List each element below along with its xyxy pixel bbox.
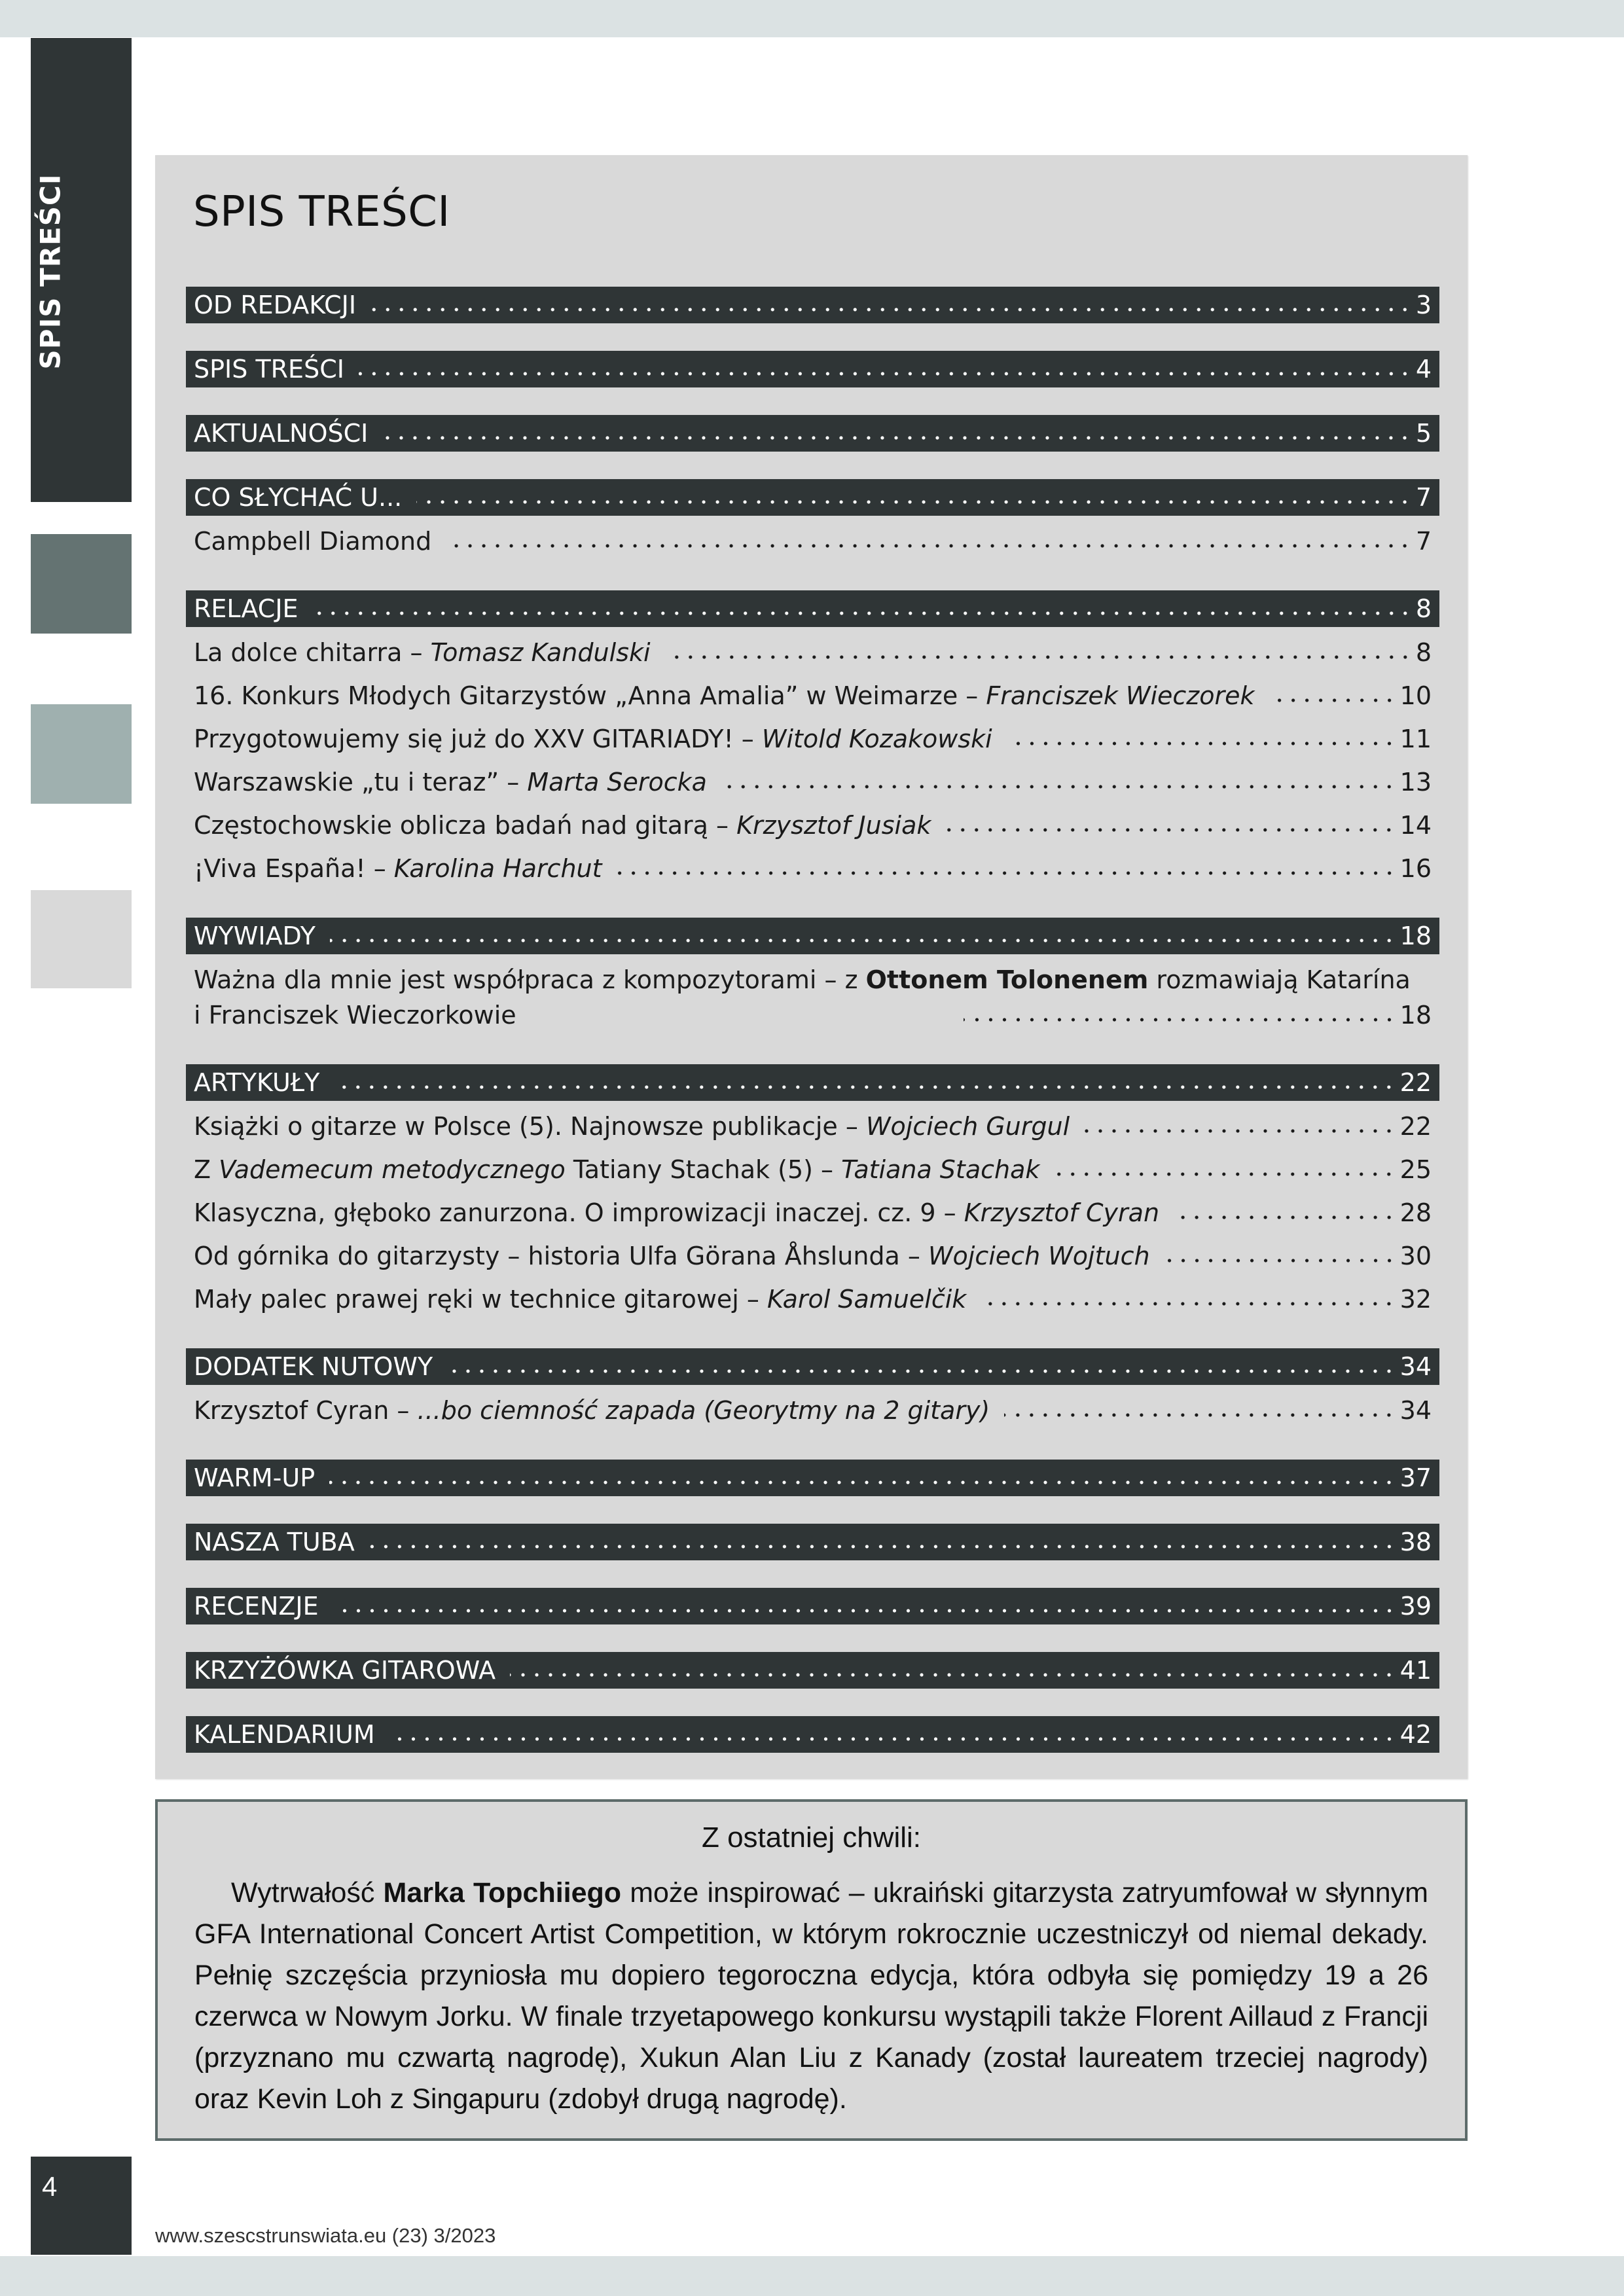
dot-leader [359,370,1412,377]
dot-leader [964,1016,1396,1023]
toc-page-number: 8 [1416,638,1432,667]
toc-section-title: KALENDARIUM [194,1720,375,1749]
toc-page-number: 18 [1400,997,1432,1033]
toc-section-title: AKTUALNOŚCI [194,419,368,448]
toc-page-number: 25 [1400,1155,1432,1184]
toc-page-number: 8 [1416,594,1432,623]
toc-section-title: CO SŁYCHAĆ U... [194,483,402,512]
top-margin-bar [0,0,1624,37]
toc-page-number: 39 [1400,1592,1432,1621]
toc-section-header[interactable]: DODATEK NUTOWY34 [186,1348,1439,1385]
toc-entry[interactable]: Przygotowujemy się już do XXV GITARIADY!… [186,717,1439,761]
text-segment: RECENZJE [194,1592,319,1621]
toc-page-number: 41 [1400,1656,1432,1685]
sidebar-color-block-sage [31,704,132,804]
toc-page-number: 16 [1400,854,1432,883]
dot-leader [446,543,1412,549]
toc-entry[interactable]: La dolce chitarra – Tomasz Kandulski8 [186,631,1439,674]
dot-leader [665,654,1412,660]
toc-section-header[interactable]: RELACJE8 [186,590,1439,627]
toc-entry-title: Częstochowskie oblicza badań nad gitarą … [194,811,931,840]
toc-page-number: 14 [1400,811,1432,840]
toc-section-header[interactable]: KRZYŻÓWKA GITAROWA41 [186,1652,1439,1689]
text-segment: Klasyczna, głęboko zanurzona. O improwiz… [194,1198,964,1227]
toc-entry[interactable]: Ważna dla mnie jest współpraca z kompozy… [186,958,1439,1037]
dot-leader [617,870,1396,876]
toc-page-number: 13 [1400,768,1432,797]
toc-entry[interactable]: 16. Konkurs Młodych Gitarzystów „Anna Am… [186,674,1439,717]
text-segment: Tomasz Kandulski [431,638,651,667]
sidebar-color-block-slate [31,534,132,634]
text-segment: ARTYKUŁY [194,1068,319,1097]
toc-entry-title: Z Vademecum metodycznego Tatiany Stachak… [194,1155,1039,1184]
toc-page-number: 22 [1400,1112,1432,1141]
toc-entry[interactable]: Krzysztof Cyran – ...bo ciemność zapada … [186,1389,1439,1432]
dot-leader [389,1736,1396,1742]
sidebar-color-block-light [31,890,132,988]
text-segment: może inspirować – ukraiński gitarzysta z… [194,1877,1428,2115]
toc-page-number: 37 [1400,1463,1432,1492]
toc-entry-title: La dolce chitarra – Tomasz Kandulski [194,638,651,667]
dot-leader [329,1479,1396,1486]
toc-section-header[interactable]: SPIS TREŚCI4 [186,351,1439,387]
toc-section-title: DODATEK NUTOWY [194,1352,433,1381]
text-segment: Wojciech Gurgul [866,1112,1070,1141]
toc-section-title: KRZYŻÓWKA GITAROWA [194,1656,496,1685]
dot-leader [382,435,1411,441]
text-segment: CO SŁYCHAĆ U... [194,483,402,512]
text-segment: Wojciech Wojtuch [928,1242,1150,1270]
toc-section-title: RELACJE [194,594,298,623]
text-segment: ...bo ciemność zapada (Georytmy na 2 git… [418,1396,990,1425]
sidebar-section-label: SPIS TREŚCI [35,174,67,370]
text-segment: KRZYŻÓWKA GITAROWA [194,1656,496,1685]
toc-page-number: 18 [1400,922,1432,950]
dot-leader [1004,1412,1396,1418]
text-segment: Tatiana Stachak [841,1155,1039,1184]
toc-section-header[interactable]: OD REDAKCJI3 [186,287,1439,323]
text-segment: OD REDAKCJI [194,291,356,319]
toc-page-number: 4 [1416,355,1432,384]
toc-page-number: 7 [1416,483,1432,512]
page-number-block: 4 [31,2157,132,2255]
toc-page-number: 3 [1416,291,1432,319]
toc-entry-wrap: Ważna dla mnie jest współpraca z kompozy… [194,962,1432,1033]
dot-leader [447,1368,1396,1374]
toc-entry-title: Warszawskie „tu i teraz” – Marta Serocka [194,768,707,797]
text-segment: Tatiany Stachak (5) – [566,1155,841,1184]
dot-leader [330,937,1396,944]
toc-page-number: 10 [1400,681,1432,710]
toc-entry[interactable]: Campbell Diamond7 [186,520,1439,563]
toc-entry-title: Od górnika do gitarzysty – historia Ulfa… [194,1242,1150,1270]
dot-leader [369,1543,1396,1550]
text-segment: Krzysztof Cyran – [194,1396,418,1425]
text-segment: SPIS TREŚCI [194,355,344,384]
dot-leader [1007,740,1396,747]
text-segment: La dolce chitarra – [194,638,431,667]
text-segment: Vademecum metodycznego [219,1155,566,1184]
text-segment: KALENDARIUM [194,1720,375,1749]
toc-list: OD REDAKCJI3SPIS TREŚCI4AKTUALNOŚCI5CO S… [186,287,1439,1753]
text-segment: Krzysztof Jusiak [736,811,931,840]
text-segment: Campbell Diamond [194,527,431,556]
toc-entry-title: Przygotowujemy się już do XXV GITARIADY!… [194,725,992,753]
toc-entry[interactable]: Od górnika do gitarzysty – historia Ulfa… [186,1234,1439,1278]
toc-section-header[interactable]: WARM-UP37 [186,1460,1439,1496]
text-segment: WARM-UP [194,1463,315,1492]
toc-page-number: 22 [1400,1068,1432,1097]
dot-leader [1174,1214,1396,1221]
dot-leader [1164,1257,1396,1264]
breaking-news-box: Z ostatniej chwili: Wytrwałość Marka Top… [155,1799,1468,2141]
toc-page-number: 34 [1400,1352,1432,1381]
footer-issue-url[interactable]: www.szescstrunswiata.eu (23) 3/2023 [155,2224,496,2248]
dot-leader [1269,697,1396,704]
text-segment: Od górnika do gitarzysty – historia Ulfa… [194,1242,928,1270]
text-segment: Karol Samuelčik [767,1285,966,1314]
toc-section-title: WARM-UP [194,1463,315,1492]
toc-section-header[interactable]: NASZA TUBA38 [186,1524,1439,1560]
toc-entry[interactable]: Książki o gitarze w Polsce (5). Najnowsz… [186,1105,1439,1148]
text-segment: Z [194,1155,219,1184]
toc-page-number: 5 [1416,419,1432,448]
text-segment: ¡Viva España! – [194,854,394,883]
text-segment: Wytrwałość [231,1877,384,1909]
toc-entry-title: Krzysztof Cyran – ...bo ciemność zapada … [194,1396,990,1425]
dot-leader [334,1084,1396,1090]
text-segment: Franciszek Wieczorek [986,681,1254,710]
text-segment: AKTUALNOŚCI [194,419,368,448]
toc-entry[interactable]: Klasyczna, głęboko zanurzona. O improwiz… [186,1191,1439,1234]
toc-entry[interactable]: Warszawskie „tu i teraz” – Marta Serocka… [186,761,1439,804]
toc-page-number: 38 [1400,1528,1432,1556]
dot-leader [416,499,1412,505]
toc-entry-title: Campbell Diamond [194,527,431,556]
text-segment: Krzysztof Cyran [964,1198,1159,1227]
dot-leader [1054,1171,1396,1177]
toc-section-title: RECENZJE [194,1592,319,1621]
toc-entry[interactable]: Częstochowskie oblicza badań nad gitarą … [186,804,1439,847]
bottom-margin-bar [0,2256,1624,2296]
toc-page-number: 30 [1400,1242,1432,1270]
text-segment: 16. Konkurs Młodych Gitarzystów „Anna Am… [194,681,986,710]
toc-entry-title: Klasyczna, głęboko zanurzona. O improwiz… [194,1198,1159,1227]
text-segment: Mały palec prawej ręki w technice gitaro… [194,1285,767,1314]
toc-entry-title: Mały palec prawej ręki w technice gitaro… [194,1285,966,1314]
dot-leader [370,306,1412,313]
toc-page-number: 11 [1400,725,1432,753]
toc-entry[interactable]: ¡Viva España! – Karolina Harchut16 [186,847,1439,890]
breaking-news-title: Z ostatniej chwili: [158,1821,1465,1854]
dot-leader [313,610,1412,617]
dot-leader [945,827,1396,833]
toc-page-number: 32 [1400,1285,1432,1314]
toc-page-number: 42 [1400,1720,1432,1749]
toc-entry-title-continued: i Franciszek Wieczorkowie [194,997,949,1033]
dot-leader [510,1672,1396,1678]
toc-entry-title: Książki o gitarze w Polsce (5). Najnowsz… [194,1112,1070,1141]
text-segment: Karolina Harchut [394,854,602,883]
toc-page-number: 34 [1400,1396,1432,1425]
table-of-contents-panel: SPIS TREŚCI OD REDAKCJI3SPIS TREŚCI4AKTU… [155,155,1468,1779]
toc-section-title: NASZA TUBA [194,1528,355,1556]
toc-entry-title: ¡Viva España! – Karolina Harchut [194,854,602,883]
toc-section-header[interactable]: WYWIADY18 [186,918,1439,954]
toc-section-title: OD REDAKCJI [194,291,356,319]
toc-section-title: SPIS TREŚCI [194,355,344,384]
toc-section-header[interactable]: KALENDARIUM42 [186,1716,1439,1753]
page-number: 4 [42,2171,57,2202]
text-segment: Książki o gitarze w Polsce (5). Najnowsz… [194,1112,866,1141]
toc-section-header[interactable]: ARTYKUŁY22 [186,1064,1439,1101]
text-segment: rozmawiają Katarína [1148,965,1410,994]
dot-leader [333,1607,1396,1614]
text-segment: RELACJE [194,594,298,623]
toc-section-header[interactable]: RECENZJE39 [186,1588,1439,1624]
text-segment: Częstochowskie oblicza badań nad gitarą … [194,811,736,840]
text-segment: DODATEK NUTOWY [194,1352,433,1381]
text-segment: Witold Kozakowski [762,725,992,753]
toc-section-header[interactable]: CO SŁYCHAĆ U...7 [186,479,1439,516]
text-segment: Przygotowujemy się już do XXV GITARIADY!… [194,725,762,753]
toc-section-header[interactable]: AKTUALNOŚCI5 [186,415,1439,452]
toc-section-title: ARTYKUŁY [194,1068,319,1097]
text-segment: Ważna dla mnie jest współpraca z kompozy… [194,965,866,994]
dot-leader [1084,1128,1396,1134]
toc-entry-line2: i Franciszek Wieczorkowie18 [194,997,1432,1033]
toc-entry-title: Ważna dla mnie jest współpraca z kompozy… [194,962,1432,997]
breaking-news-body: Wytrwałość Marka Topchiiego może inspiro… [194,1873,1428,2120]
text-segment: NASZA TUBA [194,1528,355,1556]
dot-leader [981,1300,1396,1307]
page-title: SPIS TREŚCI [193,188,450,236]
text-segment: Marka Topchiiego [384,1877,622,1909]
toc-entry[interactable]: Z Vademecum metodycznego Tatiany Stachak… [186,1148,1439,1191]
text-segment: Ottonem Tolonenem [866,965,1149,994]
dot-leader [721,783,1396,790]
text-segment: Marta Serocka [527,768,707,797]
toc-entry[interactable]: Mały palec prawej ręki w technice gitaro… [186,1278,1439,1321]
toc-page-number: 7 [1416,527,1432,556]
text-segment: WYWIADY [194,922,316,950]
toc-section-title: WYWIADY [194,922,316,950]
toc-page-number: 28 [1400,1198,1432,1227]
toc-entry-title: 16. Konkurs Młodych Gitarzystów „Anna Am… [194,681,1255,710]
text-segment: i Franciszek Wieczorkowie [194,1001,516,1030]
text-segment: Warszawskie „tu i teraz” – [194,768,527,797]
